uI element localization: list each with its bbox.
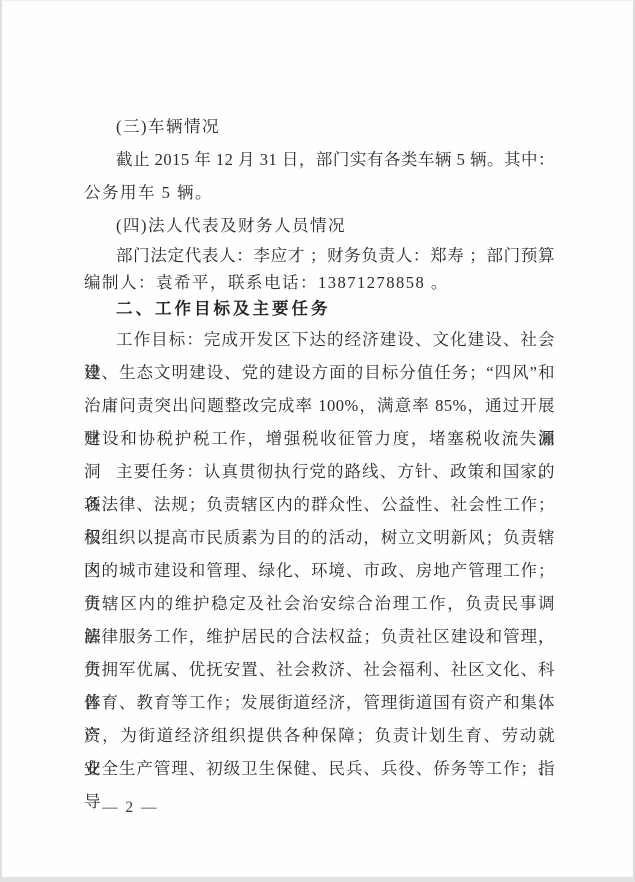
text-line: 安全生产管理、初级卫生保健、民兵、兵役、侨务等工作；指导 <box>84 752 555 785</box>
text-line: 工作目标：完成开发区下达的经济建设、文化建设、社会建 <box>84 323 555 356</box>
text-line: 设、生态文明建设、党的建设方面的目标分值任务；“四风”和 <box>84 356 555 389</box>
text-line: 法律服务工作，维护居民的合法权益；负责社区建设和管理，负 <box>84 620 555 653</box>
text-line: 责辖区内的维护稳定及社会治安综合治理工作，负责民事调解， <box>84 587 555 620</box>
text-line: (四)法人代表及财务人员情况 <box>84 209 555 242</box>
text-line: 体育、教育等工作；发展街道经济，管理街道国有资产和集体资 <box>84 686 555 719</box>
text-line: 极组织以提高市民质素为目的的活动，树立文明新风；负责辖区 <box>84 521 555 554</box>
document-page: (三)车辆情况截止 2015 年 12 月 31 日，部门实有各类车辆 5 辆。… <box>0 0 635 882</box>
text-line: 主要任务：认真贯彻执行党的路线、方针、政策和国家的各 <box>84 455 555 488</box>
text-line: 治庸问责突出问题整改完成率 100%，满意率 85%，通过开展财源 <box>84 389 555 422</box>
text-line: 产，为街道经济组织提供各种保障；负责计划生育、劳动就业、 <box>84 719 555 752</box>
text-line: 项法律、法规；负责辖区内的群众性、公益性、社会性工作；积 <box>84 488 555 521</box>
text-line: 公务用车 5 辆。 <box>84 176 555 209</box>
text-line: 部门法定代表人：李应才 ；财务负责人：郑寿 ；部门预算 <box>84 242 555 269</box>
text-line: 内的城市建设和管理、绿化、环境、市政、房地产管理工作；负 <box>84 554 555 587</box>
page-number: — 2 — <box>84 799 555 817</box>
document-lines: (三)车辆情况截止 2015 年 12 月 31 日，部门实有各类车辆 5 辆。… <box>84 110 555 817</box>
text-line: 截止 2015 年 12 月 31 日，部门实有各类车辆 5 辆。其中： <box>84 143 555 176</box>
text-line: 建设和协税护税工作，增强税收征管力度，堵塞税收流失漏洞。 <box>84 422 555 455</box>
text-line: (三)车辆情况 <box>84 110 555 143</box>
text-line: 责拥军优属、优抚安置、社会救济、社会福利、社区文化、科普、 <box>84 653 555 686</box>
section-heading: 二、工作目标及主要任务 <box>84 296 555 323</box>
text-line: 编制人：袁希平，联系电话：13871278858 。 <box>84 269 555 296</box>
